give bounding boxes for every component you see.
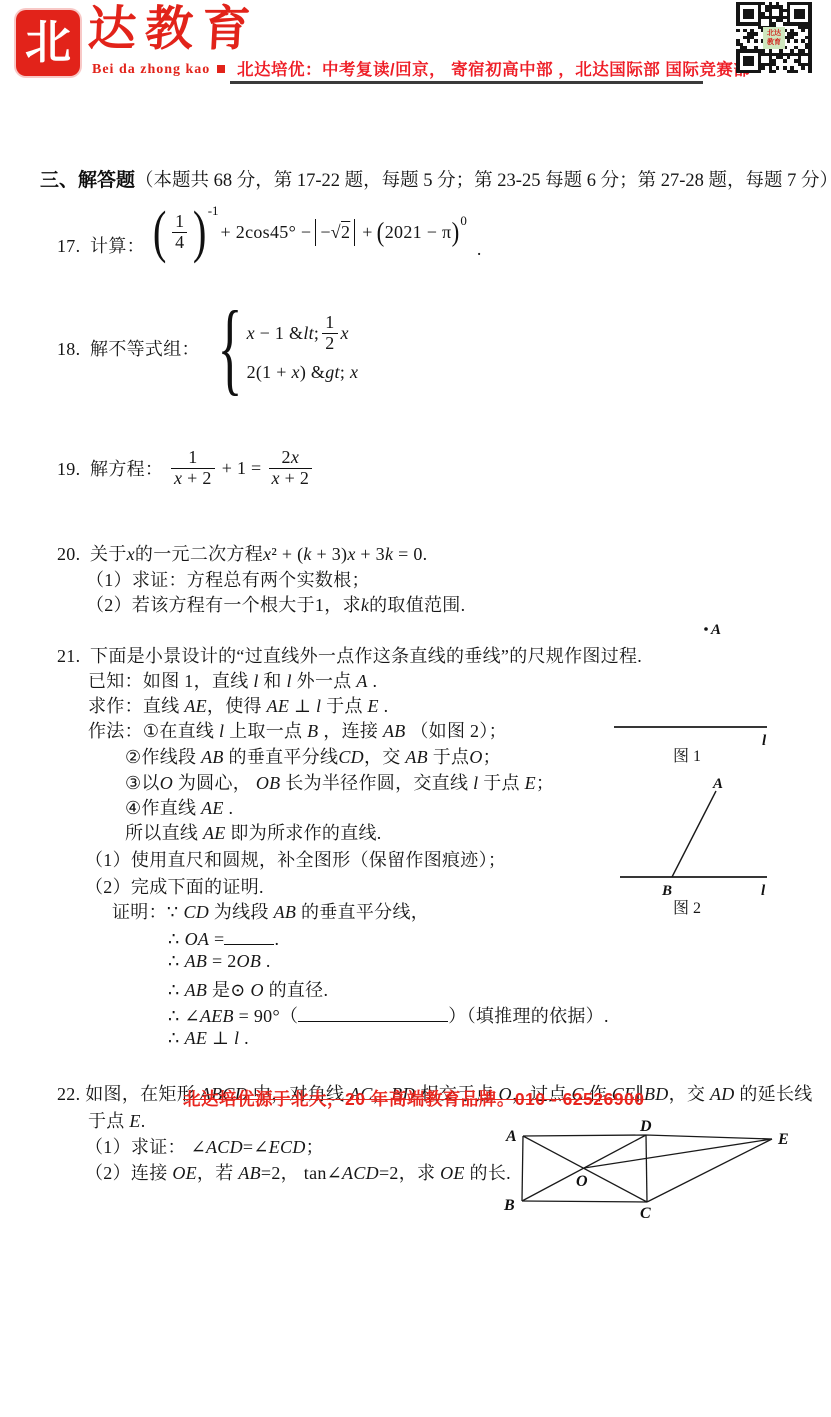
problem-20-item2: （2）若该方程有一个根大于1，求k的取值范围. — [86, 591, 465, 617]
close-paren: ) — [193, 204, 207, 259]
proof-step-3: ∴ AB 是⊙ O 的直径. — [168, 976, 328, 1002]
problem-number: 19. — [57, 459, 80, 479]
problem-21-step1: 作法：①在直线 l 上取一点 B ，连接 AB （如图 2）； — [88, 717, 507, 743]
problem-21-title: 21. 下面是小景设计的“过直线外一点作这条直线的垂线”的尺规作图过程. — [57, 642, 642, 668]
exam-page: 北 达教育 Bei da zhong kao 北达培优：中考复读/回京， 寄宿初… — [0, 0, 831, 1417]
problem-18-label: 18. 解不等式组： — [57, 335, 205, 361]
fill-in-blank — [298, 1003, 448, 1022]
figure-1: A l 图 1 — [603, 608, 775, 766]
header-divider — [230, 81, 703, 84]
problem-21-known: 已知：如图 1，直线 l 和 l 外一点 A . — [88, 667, 377, 693]
trailing-period: . — [477, 239, 482, 270]
problem-21-step4: ④作直线 AE . — [125, 794, 233, 820]
point-A-label: A — [505, 1128, 517, 1145]
problem-21-conclusion: 所以直线 AE 即为所求作的直线. — [125, 819, 382, 845]
line-l-label: l — [761, 883, 766, 899]
qr-badge-line2: 教育 — [767, 38, 781, 46]
problem-20-line1: 20. 关于x的一元二次方程x² + (k + 3)x + 3k = 0. — [57, 540, 427, 566]
problem-number: 18. — [57, 339, 80, 359]
fill-in-blank — [224, 926, 274, 945]
section-title: 三、解答题（本题共 68 分，第 17-22 题，每题 5 分；第 23-25 … — [40, 165, 831, 192]
proof-step-4: ∴ ∠AEB = 90°（）（填推理的依据）. — [168, 1002, 609, 1028]
exponent-neg1: -1 — [208, 203, 219, 219]
figure-1-caption: 图 1 — [673, 747, 701, 765]
section-title-rest: （本题共 68 分，第 17-22 题，每题 5 分；第 23-25 每题 6 … — [135, 171, 831, 191]
problem-21-step2: ②作线段 AB 的垂直平分线CD，交 AB 于点O； — [125, 743, 501, 769]
header-slogan: 北达培优：中考复读/回京， 寄宿初高中部 ，北达国际部 国际竞赛部 — [237, 56, 750, 80]
red-watermark: 北达培优源于北大，20 年高端教育品牌。010 - 62526900 — [183, 1086, 644, 1111]
problem-number: 22. — [57, 1084, 80, 1104]
side-BC — [522, 1201, 647, 1202]
logo-brand-text: 达教育 — [87, 4, 261, 57]
figure-2: A B l 图 2 — [603, 765, 775, 917]
point-A-label: A — [712, 776, 723, 792]
figure-2-caption: 图 2 — [673, 899, 701, 917]
absolute-value: −√2 — [315, 219, 355, 246]
inequality-1: x − 1 &lt; 12 x — [247, 313, 359, 354]
logo-seal-icon: 北 — [16, 10, 80, 76]
side-AB — [522, 1136, 523, 1201]
line-l-label: l — [762, 733, 767, 749]
equation-middle: + 1 = — [222, 458, 262, 479]
problem-21-step3: ③以O 为圆心， OB 长为半径作圆，交直线 l 于点 E； — [125, 769, 554, 795]
problem-21-sub1: （1）使用直尺和圆规，补全图形（保留作图痕迹）； — [85, 846, 506, 872]
logo-romanized-text: Bei da zhong kao — [92, 62, 210, 77]
figure-22: A D E B C O — [494, 1106, 804, 1220]
point-B-label: B — [661, 883, 672, 899]
segment-AB — [672, 791, 716, 877]
inequality-system: x − 1 &lt; 12 x 2(1 + x) &gt; x — [247, 313, 359, 384]
diagonal-AC — [523, 1136, 647, 1202]
problem-number: 21. — [57, 646, 80, 666]
logo-seal-char: 北 — [25, 20, 71, 66]
logo-red-square-icon — [217, 65, 225, 73]
problem-19-label: 19. 解方程： — [57, 455, 168, 481]
point-A-label: A — [710, 622, 721, 638]
point-D-label: D — [639, 1118, 652, 1135]
section-title-bold: 三、解答题 — [40, 170, 135, 191]
plus-sign: + — [362, 222, 372, 243]
line-ADE — [523, 1135, 772, 1139]
problem-21-proof-start: 证明：∵ CD 为线段 AB 的垂直平分线， — [112, 898, 429, 924]
fraction-left: 1x + 2 — [171, 448, 215, 489]
problem-number: 17. — [57, 236, 80, 256]
proof-step-1: ∴ OA =. — [168, 926, 279, 950]
open-paren: ( — [153, 204, 167, 259]
point-A-dot — [704, 627, 708, 631]
problem-18: 18. 解不等式组： { x − 1 &lt; 12 x 2(1 + x) &g… — [57, 294, 358, 402]
problem-22-item1: （1）求证： ∠ACD=∠ECD； — [85, 1133, 324, 1159]
formula-middle: + 2cos45° − — [221, 222, 312, 243]
point-E-label: E — [777, 1131, 789, 1148]
proof-step-2: ∴ AB = 2OB . — [168, 951, 271, 972]
qr-code-icon: 北达 教育 — [736, 2, 812, 73]
problem-22-item2: （2）连接 OE，若 AB=2， tan∠ACD=2，求 OE 的长. — [85, 1159, 511, 1185]
fraction-right: 2xx + 2 — [269, 448, 313, 489]
problem-19: 19. 解方程： 1x + 2 + 1 = 2xx + 2 — [57, 437, 315, 499]
system-brace: { — [217, 301, 242, 395]
problem-17-label: 17. 计算： — [57, 232, 150, 270]
inequality-2: 2(1 + x) &gt; x — [247, 362, 359, 383]
point-B-label: B — [503, 1197, 515, 1214]
exponent-zero: 0 — [460, 213, 467, 229]
problem-number: 20. — [57, 544, 80, 564]
problem-20-item1: （1）求证：方程总有两个实数根； — [86, 566, 370, 592]
point-O-label: O — [576, 1173, 588, 1190]
proof-step-5: ∴ AE ⊥ l . — [168, 1028, 249, 1049]
side-DC — [646, 1135, 647, 1202]
logo-romanized: Bei da zhong kao — [92, 62, 225, 78]
problem-22-line2: 于点 E. — [88, 1107, 146, 1133]
problem-21-seek: 求作：直线 AE，使得 AE ⊥ l 于点 E . — [88, 692, 388, 718]
qr-badge-line1: 北达 — [767, 29, 781, 37]
fraction-1-4: 14 — [172, 212, 187, 253]
problem-21-sub2: （2）完成下面的证明. — [85, 873, 264, 899]
open-paren: ( — [376, 219, 384, 246]
close-paren: ) — [452, 219, 460, 246]
problem-17: 17. 计算： ( 14 ) -1 + 2cos45° − −√2 + ( 20… — [57, 194, 482, 270]
qr-center-badge: 北达 教育 — [763, 27, 785, 49]
formula-inner: 2021 − π — [385, 222, 452, 243]
point-C-label: C — [640, 1205, 651, 1220]
